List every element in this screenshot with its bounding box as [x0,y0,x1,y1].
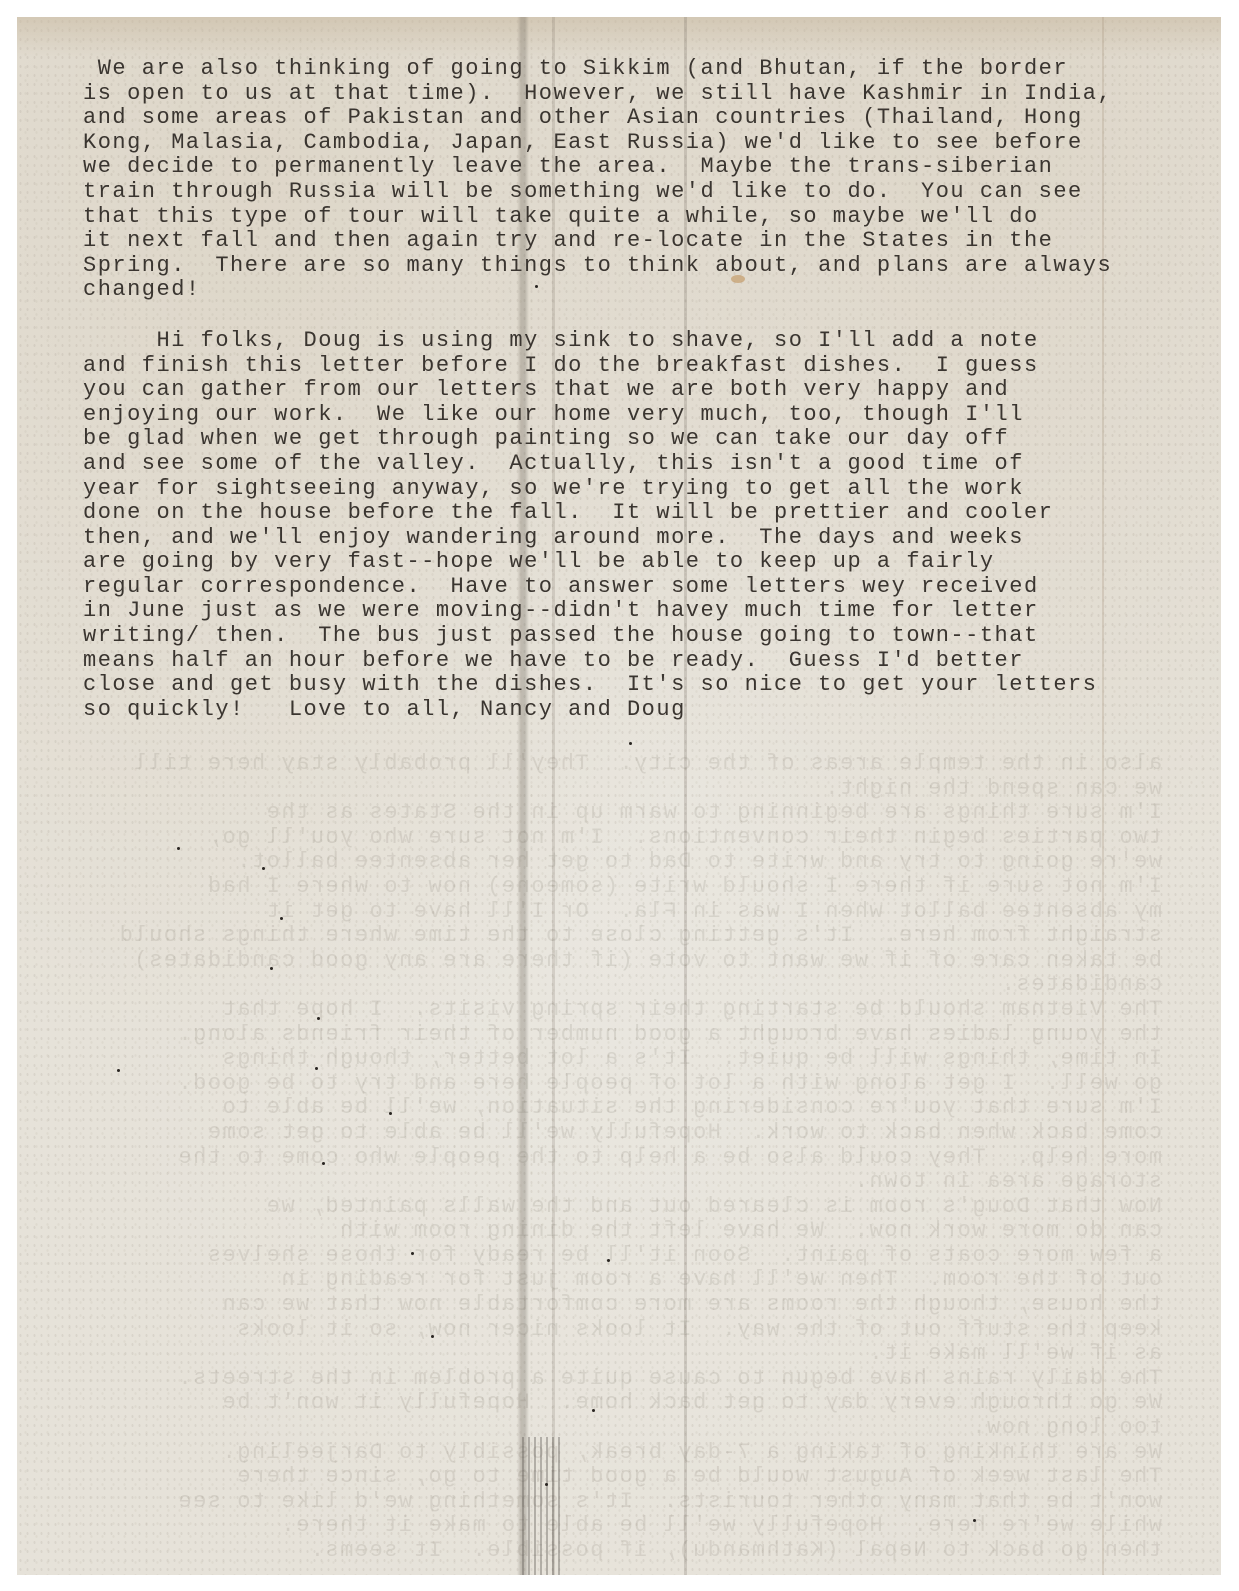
speck [592,1409,595,1412]
text-line: it next fall and then again try and re-l… [83,229,1221,254]
text-line: is open to us at that time). However, we… [83,82,1221,107]
paper-stain [17,17,1221,57]
letter-body: We are also thinking of going to Sikkim … [83,57,1221,722]
speck [280,917,283,920]
letter-page: also in the temple areas of the city. Th… [17,17,1221,1575]
text-line: enjoying our work. We like our home very… [83,403,1221,428]
speck [973,1519,976,1522]
speck [607,1259,610,1262]
speck [431,1335,434,1338]
text-line: done on the house before the fall. It wi… [83,501,1221,526]
text-line: then, and we'll enjoy wandering around m… [83,526,1221,551]
text-line: year for sightseeing anyway, so we're tr… [83,477,1221,502]
signature-line: so quickly! Love to all, Nancy and Doug [83,698,1221,723]
speck [262,867,265,870]
speck [389,1112,392,1115]
speck [545,1483,548,1486]
speck [177,847,180,850]
text-line: and finish this letter before I do the b… [83,354,1221,379]
text-line: writing/ then. The bus just passed the h… [83,624,1221,649]
text-line: be glad when we get through painting so … [83,427,1221,452]
speck [270,967,273,970]
text-line: in June just as we were moving--didn't h… [83,599,1221,624]
text-line: train through Russia will be something w… [83,180,1221,205]
text-line: We are also thinking of going to Sikkim … [83,57,1221,82]
text-line: means half an hour before we have to be … [83,649,1221,674]
text-line: that this type of tour will take quite a… [83,205,1221,230]
text-line: close and get busy with the dishes. It's… [83,673,1221,698]
bleed-through-text: also in the temple areas of the city. Th… [162,752,1162,1564]
paragraph-travel-plans: We are also thinking of going to Sikkim … [83,57,1221,303]
speck [317,1017,320,1020]
text-line: Hi folks, Doug is using my sink to shave… [83,329,1221,354]
paragraph-note-from-nancy: Hi folks, Doug is using my sink to shave… [83,329,1221,723]
text-line: we decide to permanently leave the area.… [83,155,1221,180]
text-line: you can gather from our letters that we … [83,378,1221,403]
speck [315,1067,318,1070]
speck [411,1252,414,1255]
text-line: Spring. There are so many things to thin… [83,254,1221,279]
text-line: regular correspondence. Have to answer s… [83,575,1221,600]
speck [322,1162,325,1165]
scanner-streaks [522,1437,562,1575]
text-line: and some areas of Pakistan and other Asi… [83,106,1221,131]
text-line: changed! [83,278,1221,303]
speck [629,742,632,745]
text-line: and see some of the valley. Actually, th… [83,452,1221,477]
speck [117,1069,120,1072]
text-line: Kong, Malasia, Cambodia, Japan, East Rus… [83,131,1221,156]
text-line: are going by very fast--hope we'll be ab… [83,550,1221,575]
